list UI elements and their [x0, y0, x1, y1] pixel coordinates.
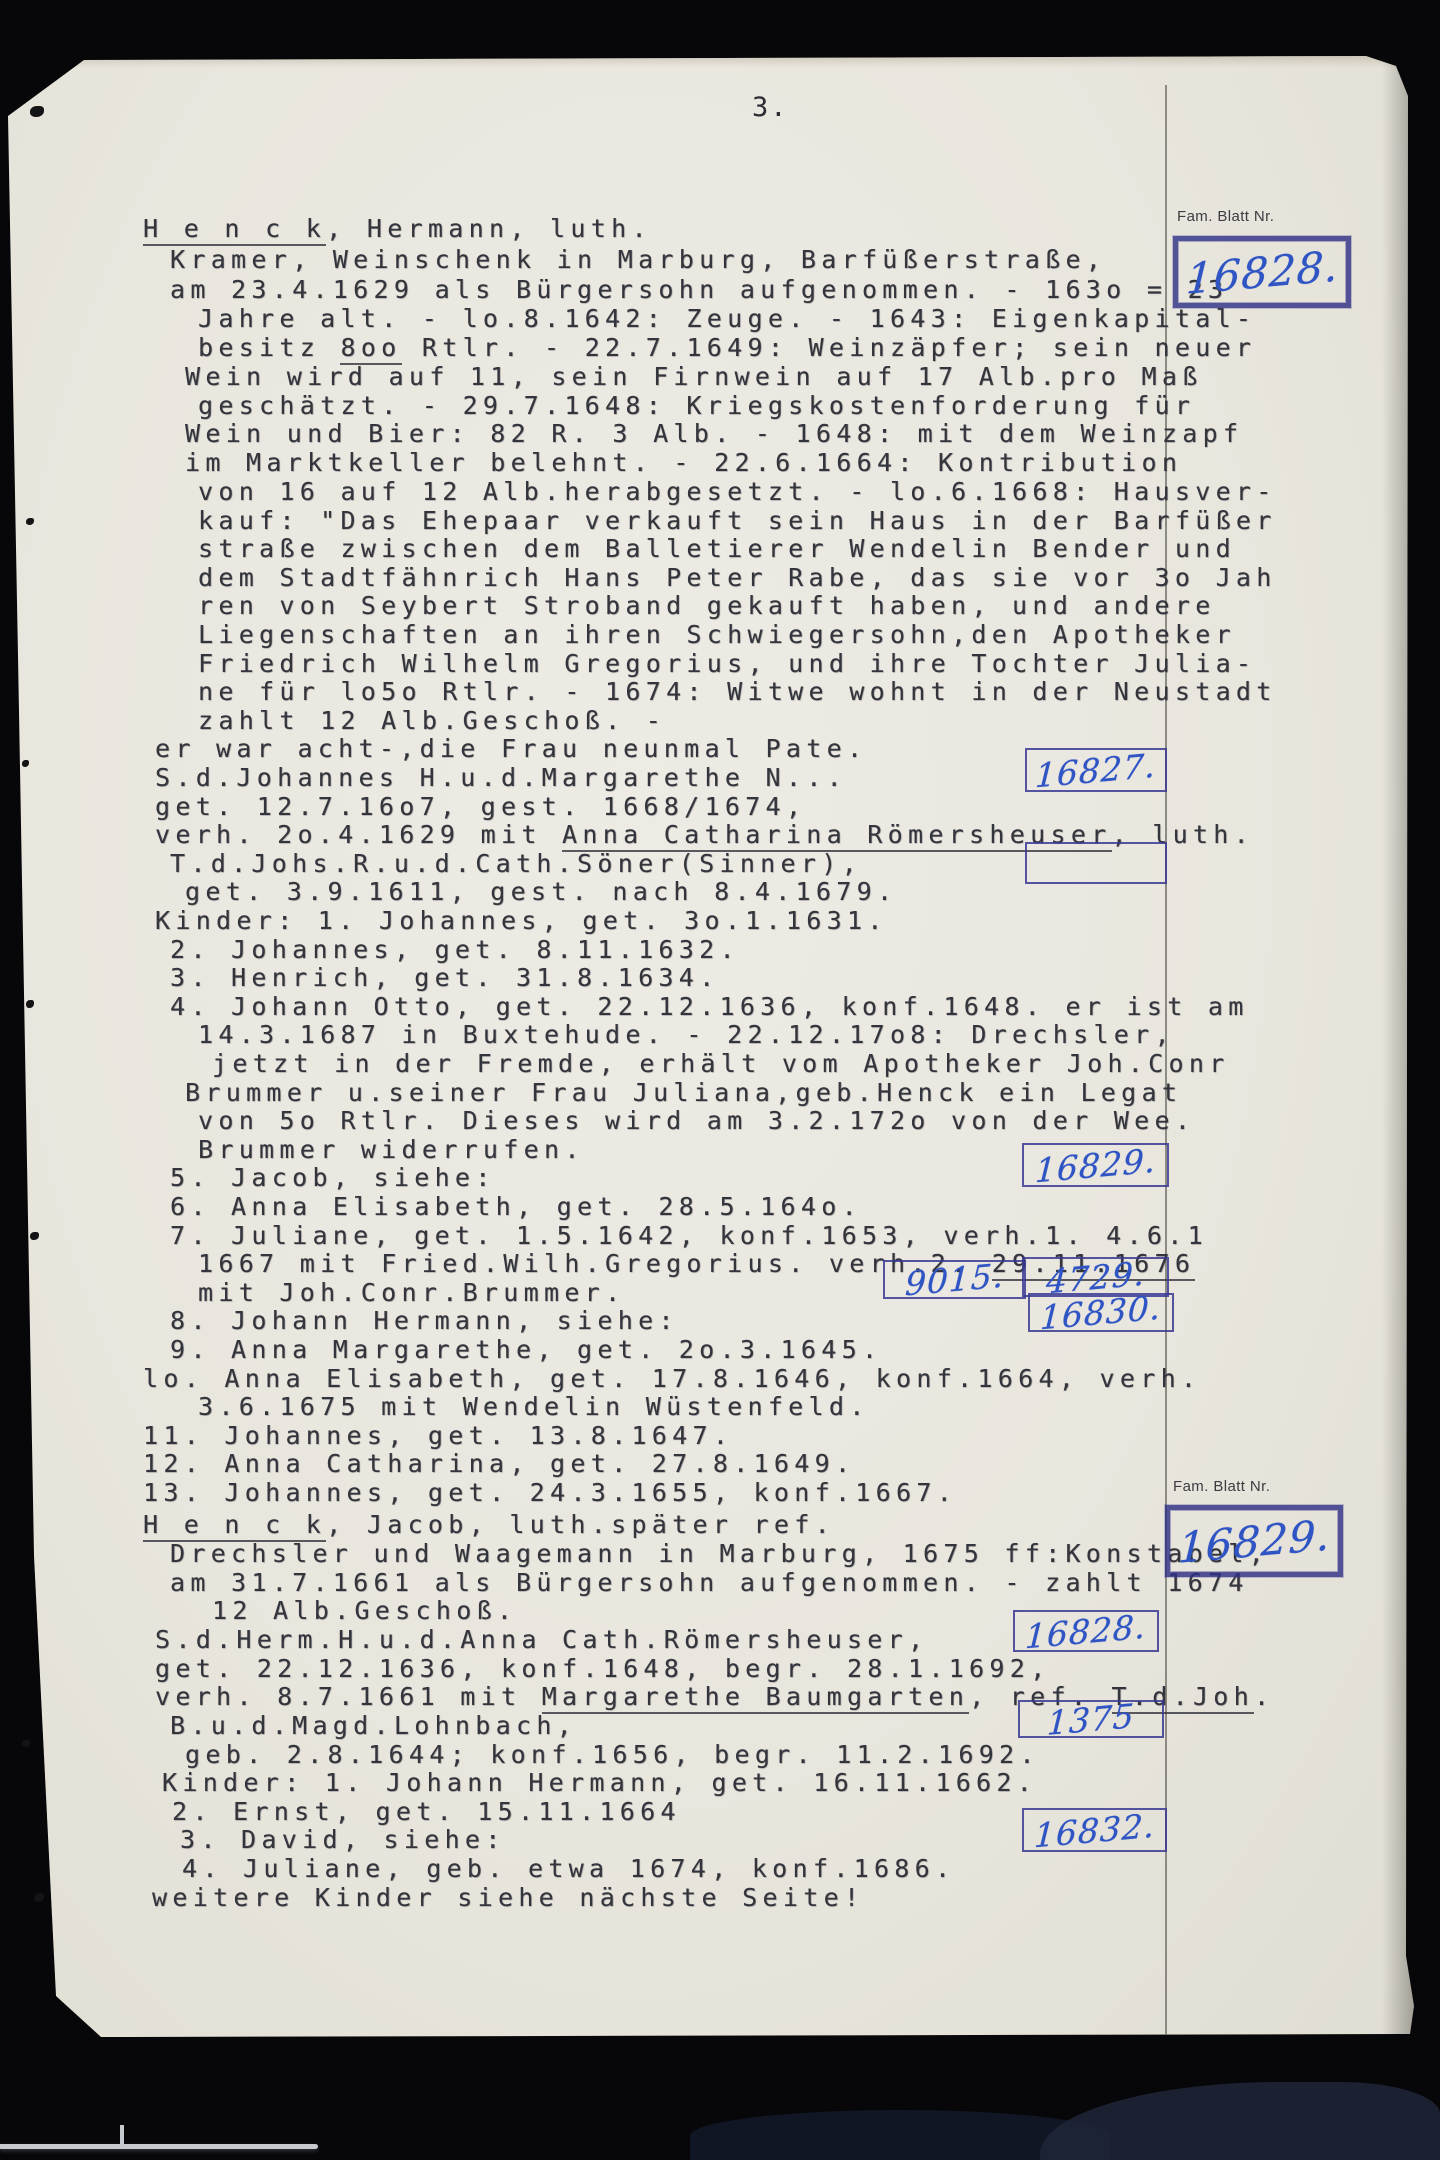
text-segment: S.d.Herm.H.u.d.Anna Cath.Römersheuser,	[155, 1625, 928, 1654]
scanned-page-canvas: 3. H e n c k, Hermann, luth.Kramer, Wein…	[0, 0, 1440, 2160]
text-segment: 12. Anna Catharina, get. 27.8.1649.	[143, 1449, 855, 1478]
text-segment: mit Joh.Conr.Brummer.	[198, 1278, 625, 1307]
text-segment: , Jacob, luth.später ref.	[326, 1510, 835, 1539]
hand-box-1375: 1375	[1018, 1700, 1164, 1738]
handwritten-number: 16828.	[1024, 1606, 1147, 1656]
typewritten-line: 4. Juliane, geb. etwa 1674, konf.1686.	[182, 1856, 955, 1881]
text-segment: verh. 8.7.1661 mit	[155, 1682, 542, 1711]
text-segment: 8. Johann Hermann, siehe:	[170, 1306, 679, 1335]
typewritten-line: weitere Kinder siehe nächste Seite!	[152, 1885, 864, 1910]
text-segment: Friedrich Wilhelm Gregorius, und ihre To…	[198, 649, 1256, 678]
typewritten-line: im Marktkeller belehnt. - 22.6.1664: Kon…	[185, 450, 1182, 475]
text-segment: Wein wird auf 11, sein Firnwein auf 17 A…	[185, 362, 1203, 391]
text-segment: 1667 mit Fried.Wilh.Gregorius. verh.2.	[198, 1249, 992, 1278]
typewritten-line: Kinder: 1. Johannes, get. 3o.1.1631.	[155, 908, 888, 933]
typewritten-line: Wein wird auf 11, sein Firnwein auf 17 A…	[185, 364, 1203, 389]
text-segment: 6. Anna Elisabeth, get. 28.5.164o.	[170, 1192, 862, 1221]
text-segment: Brummer u.seiner Frau Juliana,geb.Henck …	[185, 1078, 1182, 1107]
typewritten-line: 3.6.1675 mit Wendelin Wüstenfeld.	[198, 1394, 870, 1419]
text-segment: von 5o Rtlr. Dieses wird am 3.2.172o von…	[198, 1106, 1195, 1135]
typewritten-line: S.d.Johannes H.u.d.Margarethe N...	[155, 765, 847, 790]
text-segment: lo. Anna Elisabeth, get. 17.8.1646, konf…	[143, 1364, 1201, 1393]
text-segment: , Hermann, luth.	[326, 214, 652, 243]
text-segment: verh. 2o.4.1629 mit	[155, 820, 562, 849]
handwritten-number: 16832.	[1033, 1805, 1156, 1855]
typewritten-line: Jahre alt. - lo.8.1642: Zeuge. - 1643: E…	[198, 306, 1256, 331]
text-segment: straße zwischen dem Balletierer Wendelin…	[198, 534, 1236, 563]
typewritten-line: Kramer, Weinschenk in Marburg, Barfüßers…	[170, 247, 1106, 272]
typewritten-line: Friedrich Wilhelm Gregorius, und ihre To…	[198, 651, 1256, 676]
film-frame-tick	[120, 2125, 124, 2147]
text-segment: Brummer widerrufen.	[198, 1135, 585, 1164]
text-segment: get. 12.7.16o7, gest. 1668/1674,	[155, 792, 806, 821]
typewritten-line: Wein und Bier: 82 R. 3 Alb. - 1648: mit …	[185, 421, 1243, 446]
typewritten-line: 2. Ernst, get. 15.11.1664	[172, 1799, 681, 1824]
text-segment: 2. Ernst, get. 15.11.1664	[172, 1797, 681, 1826]
text-segment: 12 Alb.Geschoß.	[212, 1596, 517, 1625]
text-segment: jetzt in der Fremde, erhält vom Apotheke…	[212, 1049, 1230, 1078]
typewritten-line: 13. Johannes, get. 24.3.1655, konf.1667.	[143, 1480, 957, 1505]
underlined-text: H e n c k	[143, 1510, 326, 1542]
hand-box-empty	[1025, 842, 1167, 884]
typewritten-line: get. 3.9.1611, gest. nach 8.4.1679.	[185, 879, 897, 904]
typewritten-line: zahlt 12 Alb.Geschoß. -	[198, 708, 666, 733]
typewritten-line: 9. Anna Margarethe, get. 2o.3.1645.	[170, 1337, 882, 1362]
text-segment: 9. Anna Margarethe, get. 2o.3.1645.	[170, 1335, 882, 1364]
typewritten-line: 11. Johannes, get. 13.8.1647.	[143, 1423, 733, 1448]
text-segment: Liegenschaften an ihren Schwiegersohn,de…	[198, 620, 1236, 649]
scanner-bed-shadow	[1040, 2082, 1440, 2160]
fam-blatt-stamp-16828: 16828.	[1173, 236, 1351, 308]
typewritten-line: 12. Anna Catharina, get. 27.8.1649.	[143, 1451, 855, 1476]
typewritten-line: T.d.Johs.R.u.d.Cath.Söner(Sinner),	[170, 851, 862, 876]
typewritten-line: geschätzt. - 29.7.1648: Kriegskostenford…	[198, 393, 1195, 418]
typewritten-line: 12 Alb.Geschoß.	[212, 1598, 517, 1623]
typewritten-line: von 16 auf 12 Alb.herabgesetzt. - lo.6.1…	[198, 479, 1277, 504]
scan-speck	[22, 1740, 30, 1747]
text-segment: zahlt 12 Alb.Geschoß. -	[198, 706, 666, 735]
typewritten-line: 6. Anna Elisabeth, get. 28.5.164o.	[170, 1194, 862, 1219]
handwritten-number: 16829.	[1034, 1140, 1157, 1190]
typewritten-line: besitz 8oo Rtlr. - 22.7.1649: Weinzäpfer…	[198, 335, 1256, 360]
text-segment: am 31.7.1661 als Bürgersohn aufgenommen.…	[170, 1568, 1249, 1597]
typewritten-line: 14.3.1687 in Buxtehude. - 22.12.17o8: Dr…	[198, 1022, 1175, 1047]
text-segment: Drechsler und Waagemann in Marburg, 1675…	[170, 1539, 1269, 1568]
handwritten-number: 9015.	[904, 1256, 1005, 1304]
hand-box-16829: 16829.	[1022, 1143, 1169, 1187]
text-segment: 13. Johannes, get. 24.3.1655, konf.1667.	[143, 1478, 957, 1507]
handwritten-number: 16830.	[1039, 1288, 1162, 1338]
text-segment: 3. Henrich, get. 31.8.1634.	[170, 963, 719, 992]
text-segment: 2. Johannes, get. 8.11.1632.	[170, 935, 740, 964]
handwritten-number: 16829.	[1177, 1510, 1332, 1573]
text-segment: er war acht-,die Frau neunmal Pate.	[155, 734, 867, 763]
text-segment: 14.3.1687 in Buxtehude. - 22.12.17o8: Dr…	[198, 1020, 1175, 1049]
text-segment: Rtlr. - 22.7.1649: Weinzäpfer; sein neue…	[402, 333, 1257, 362]
typewritten-line: 3. David, siehe:	[180, 1827, 506, 1852]
typewritten-line: er war acht-,die Frau neunmal Pate.	[155, 736, 867, 761]
typewritten-line: von 5o Rtlr. Dieses wird am 3.2.172o von…	[198, 1108, 1195, 1133]
text-segment: S.d.Johannes H.u.d.Margarethe N...	[155, 763, 847, 792]
typewritten-line: am 31.7.1661 als Bürgersohn aufgenommen.…	[170, 1570, 1249, 1595]
text-segment: im Marktkeller belehnt. - 22.6.1664: Kon…	[185, 448, 1182, 477]
typewritten-line: 4. Johann Otto, get. 22.12.1636, konf.16…	[170, 994, 1249, 1019]
typewritten-line: mit Joh.Conr.Brummer.	[198, 1280, 625, 1305]
typewritten-line: Kinder: 1. Johann Hermann, get. 16.11.16…	[162, 1770, 1037, 1795]
typewritten-line: geb. 2.8.1644; konf.1656, begr. 11.2.169…	[185, 1742, 1040, 1767]
typewritten-line: Brummer u.seiner Frau Juliana,geb.Henck …	[185, 1080, 1182, 1105]
text-segment: B.u.d.Magd.Lohnbach,	[170, 1711, 577, 1740]
text-segment: get. 22.12.1636, konf.1648, begr. 28.1.1…	[155, 1654, 1050, 1683]
text-segment: Wein und Bier: 82 R. 3 Alb. - 1648: mit …	[185, 419, 1243, 448]
typewritten-line: H e n c k, Hermann, luth.	[143, 216, 652, 241]
handwritten-number: 16828.	[1185, 241, 1340, 304]
typewritten-line: dem Stadtfähnrich Hans Peter Rabe, das s…	[198, 565, 1277, 590]
hand-box-16832: 16832.	[1022, 1808, 1167, 1852]
hand-box-16828b: 16828.	[1013, 1610, 1159, 1652]
text-segment: get. 3.9.1611, gest. nach 8.4.1679.	[185, 877, 897, 906]
text-segment: Kinder: 1. Johannes, get. 3o.1.1631.	[155, 906, 888, 935]
hand-box-16827: 16827.	[1025, 748, 1167, 792]
typewritten-line: 8. Johann Hermann, siehe:	[170, 1308, 679, 1333]
underlined-text: Margarethe Baumgarten	[542, 1682, 969, 1714]
text-segment: 5. Jacob, siehe:	[170, 1163, 496, 1192]
text-segment: Kramer, Weinschenk in Marburg, Barfüßers…	[170, 245, 1106, 274]
typewritten-line: am 23.4.1629 als Bürgersohn aufgenommen.…	[170, 277, 1228, 302]
fam-blatt-nr-label: Fam. Blatt Nr.	[1177, 208, 1274, 225]
text-segment: besitz	[198, 333, 340, 362]
film-frame-edge	[0, 2144, 318, 2149]
text-segment: 7. Juliane, get. 1.5.1642, konf.1653, ve…	[170, 1221, 1208, 1250]
text-segment: Jahre alt. - lo.8.1642: Zeuge. - 1643: E…	[198, 304, 1256, 333]
handwritten-number: 1375	[1046, 1696, 1136, 1743]
underlined-text: H e n c k	[143, 214, 326, 246]
typewritten-line: B.u.d.Magd.Lohnbach,	[170, 1713, 577, 1738]
text-segment: weitere Kinder siehe nächste Seite!	[152, 1883, 864, 1912]
underlined-text: 8oo	[340, 333, 401, 365]
fam-blatt-nr-label: Fam. Blatt Nr.	[1173, 1478, 1270, 1495]
typewritten-line: get. 22.12.1636, konf.1648, begr. 28.1.1…	[155, 1656, 1050, 1681]
typewritten-line: 3. Henrich, get. 31.8.1634.	[170, 965, 719, 990]
text-segment: 3. David, siehe:	[180, 1825, 506, 1854]
text-segment: am 23.4.1629 als Bürgersohn aufgenommen.…	[170, 275, 1228, 304]
handwritten-number: 16827.	[1034, 745, 1157, 795]
text-segment: ren von Seybert Stroband gekauft haben, …	[198, 591, 1216, 620]
typewritten-line: jetzt in der Fremde, erhält vom Apotheke…	[212, 1051, 1230, 1076]
scan-speck	[34, 1893, 44, 1902]
text-segment: dem Stadtfähnrich Hans Peter Rabe, das s…	[198, 563, 1277, 592]
typewritten-line: ren von Seybert Stroband gekauft haben, …	[198, 593, 1216, 618]
fam-blatt-stamp-16829: 16829.	[1165, 1505, 1343, 1577]
text-segment: 4. Juliane, geb. etwa 1674, konf.1686.	[182, 1854, 955, 1883]
text-segment: ne für lo5o Rtlr. - 1674: Witwe wohnt in…	[198, 677, 1277, 706]
page-number: 3.	[752, 92, 789, 123]
typewritten-line: kauf: "Das Ehepaar verkauft sein Haus in…	[198, 508, 1277, 533]
hand-box-9015: 9015.	[883, 1260, 1026, 1299]
text-segment: 11. Johannes, get. 13.8.1647.	[143, 1421, 733, 1450]
text-segment: geschätzt. - 29.7.1648: Kriegskostenford…	[198, 391, 1195, 420]
typewritten-line: Brummer widerrufen.	[198, 1137, 585, 1162]
typewritten-line: 2. Johannes, get. 8.11.1632.	[170, 937, 740, 962]
text-segment: geb. 2.8.1644; konf.1656, begr. 11.2.169…	[185, 1740, 1040, 1769]
typewritten-line: Drechsler und Waagemann in Marburg, 1675…	[170, 1541, 1269, 1566]
text-segment: Kinder: 1. Johann Hermann, get. 16.11.16…	[162, 1768, 1037, 1797]
typewritten-line: ne für lo5o Rtlr. - 1674: Witwe wohnt in…	[198, 679, 1277, 704]
typewritten-line: 7. Juliane, get. 1.5.1642, konf.1653, ve…	[170, 1223, 1208, 1248]
text-segment: von 16 auf 12 Alb.herabgesetzt. - lo.6.1…	[198, 477, 1277, 506]
typewritten-line: Liegenschaften an ihren Schwiegersohn,de…	[198, 622, 1236, 647]
typewritten-line: 5. Jacob, siehe:	[170, 1165, 496, 1190]
text-segment: kauf: "Das Ehepaar verkauft sein Haus in…	[198, 506, 1277, 535]
typewritten-line: get. 12.7.16o7, gest. 1668/1674,	[155, 794, 806, 819]
text-segment: 3.6.1675 mit Wendelin Wüstenfeld.	[198, 1392, 870, 1421]
text-segment: T.d.Johs.R.u.d.Cath.Söner(Sinner),	[170, 849, 862, 878]
typewritten-line: S.d.Herm.H.u.d.Anna Cath.Römersheuser,	[155, 1627, 928, 1652]
typewritten-line: H e n c k, Jacob, luth.später ref.	[143, 1512, 835, 1537]
text-segment: 4. Johann Otto, get. 22.12.1636, konf.16…	[170, 992, 1249, 1021]
typewritten-line: straße zwischen dem Balletierer Wendelin…	[198, 536, 1236, 561]
typewritten-line: lo. Anna Elisabeth, get. 17.8.1646, konf…	[143, 1366, 1201, 1391]
text-segment: .	[1254, 1682, 1274, 1711]
hand-box-16830: 16830.	[1028, 1293, 1174, 1332]
